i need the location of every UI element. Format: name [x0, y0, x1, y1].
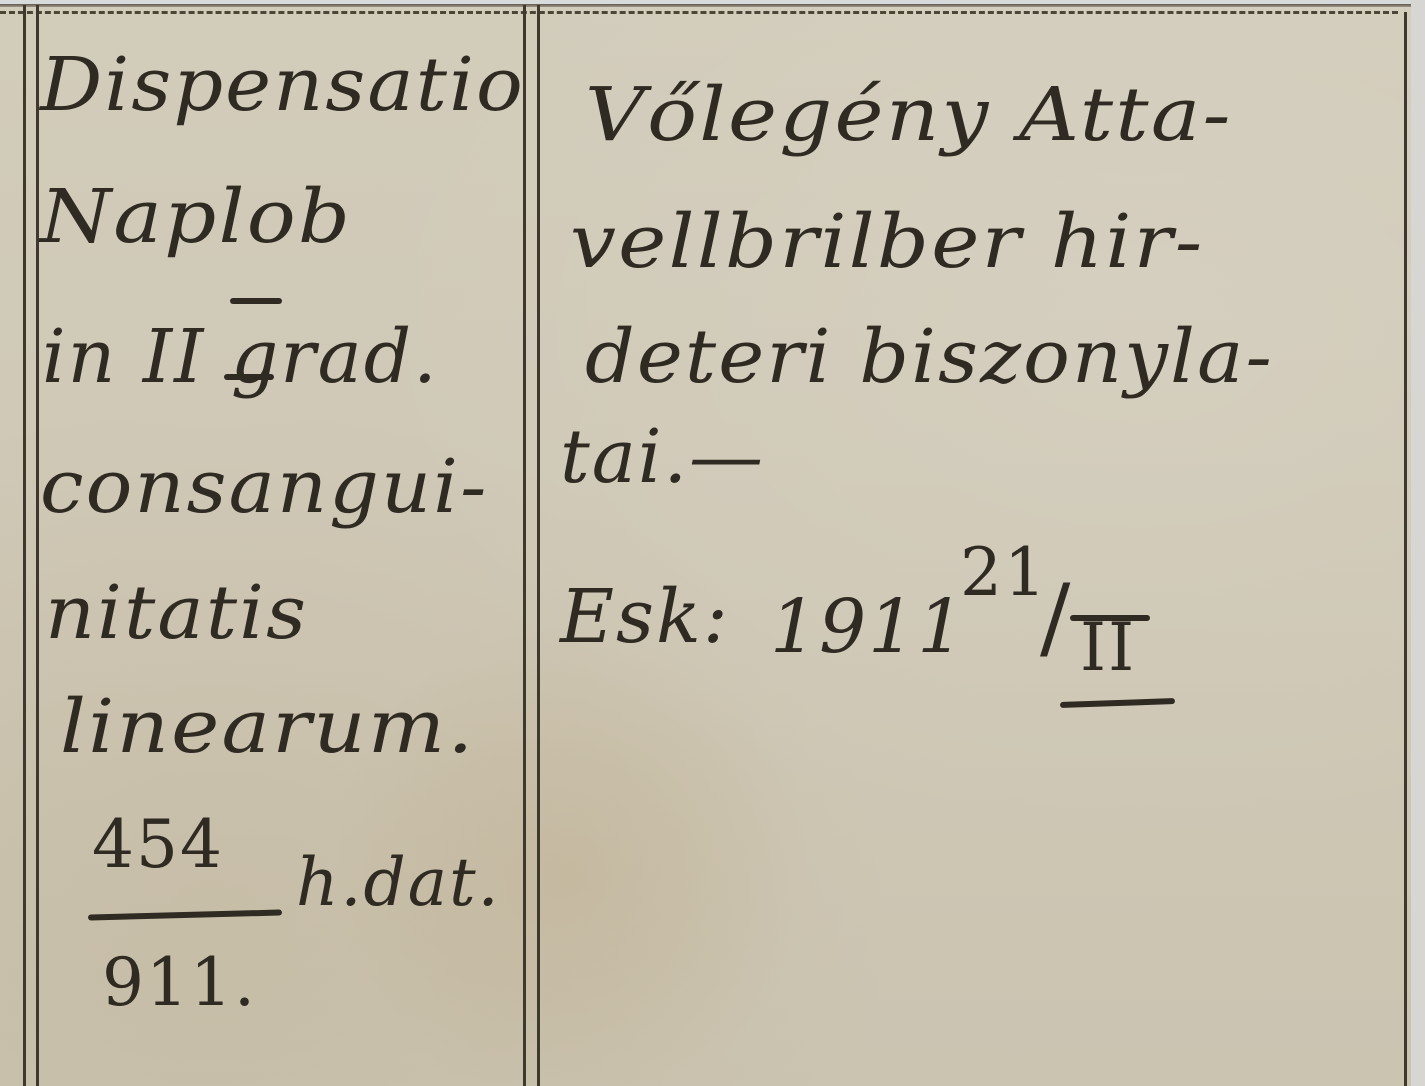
- roman-numeral-overbar: [230, 298, 282, 304]
- right-line-2: vellbrilber hir-: [570, 205, 1204, 279]
- roman-numeral-underbar: [224, 374, 274, 380]
- date-month: II: [1080, 615, 1136, 681]
- date-year: 1911: [770, 590, 966, 664]
- left-line-3: in II grad.: [42, 320, 439, 394]
- right-line-3: deteri biszonyla-: [585, 320, 1274, 394]
- scan-border-right: [1411, 0, 1425, 1086]
- left-margin-rule-inner: [36, 5, 39, 1086]
- right-line-1: Vőlegény Atta-: [585, 78, 1233, 152]
- left-line-2: Naplob: [40, 180, 352, 254]
- column-divider-rule-right: [537, 5, 540, 1086]
- date-underline: [1060, 698, 1175, 708]
- reference-denominator: 911.: [102, 950, 257, 1016]
- register-page: Dispensatio Naplob in II grad. consangui…: [0, 0, 1425, 1086]
- left-line-1: Dispensatio: [40, 48, 525, 122]
- column-divider-rule-left: [523, 5, 526, 1086]
- top-dotted-rule: [0, 11, 1398, 14]
- right-margin-rule: [1404, 12, 1407, 1086]
- left-line-4: consangui-: [40, 450, 488, 524]
- date-label: Esk:: [560, 580, 730, 654]
- reference-suffix: h.dat.: [296, 850, 501, 916]
- left-margin-rule-outer: [23, 5, 26, 1086]
- date-day: 21: [960, 540, 1048, 606]
- left-line-5: nitatis: [45, 576, 308, 650]
- page-top-edge: [0, 4, 1415, 7]
- reference-fraction-line: [88, 909, 282, 920]
- left-line-6: linearum.: [60, 690, 475, 764]
- date-slash: /: [1040, 585, 1072, 651]
- right-line-4: tai.—: [560, 420, 765, 494]
- reference-numerator: 454: [92, 812, 224, 878]
